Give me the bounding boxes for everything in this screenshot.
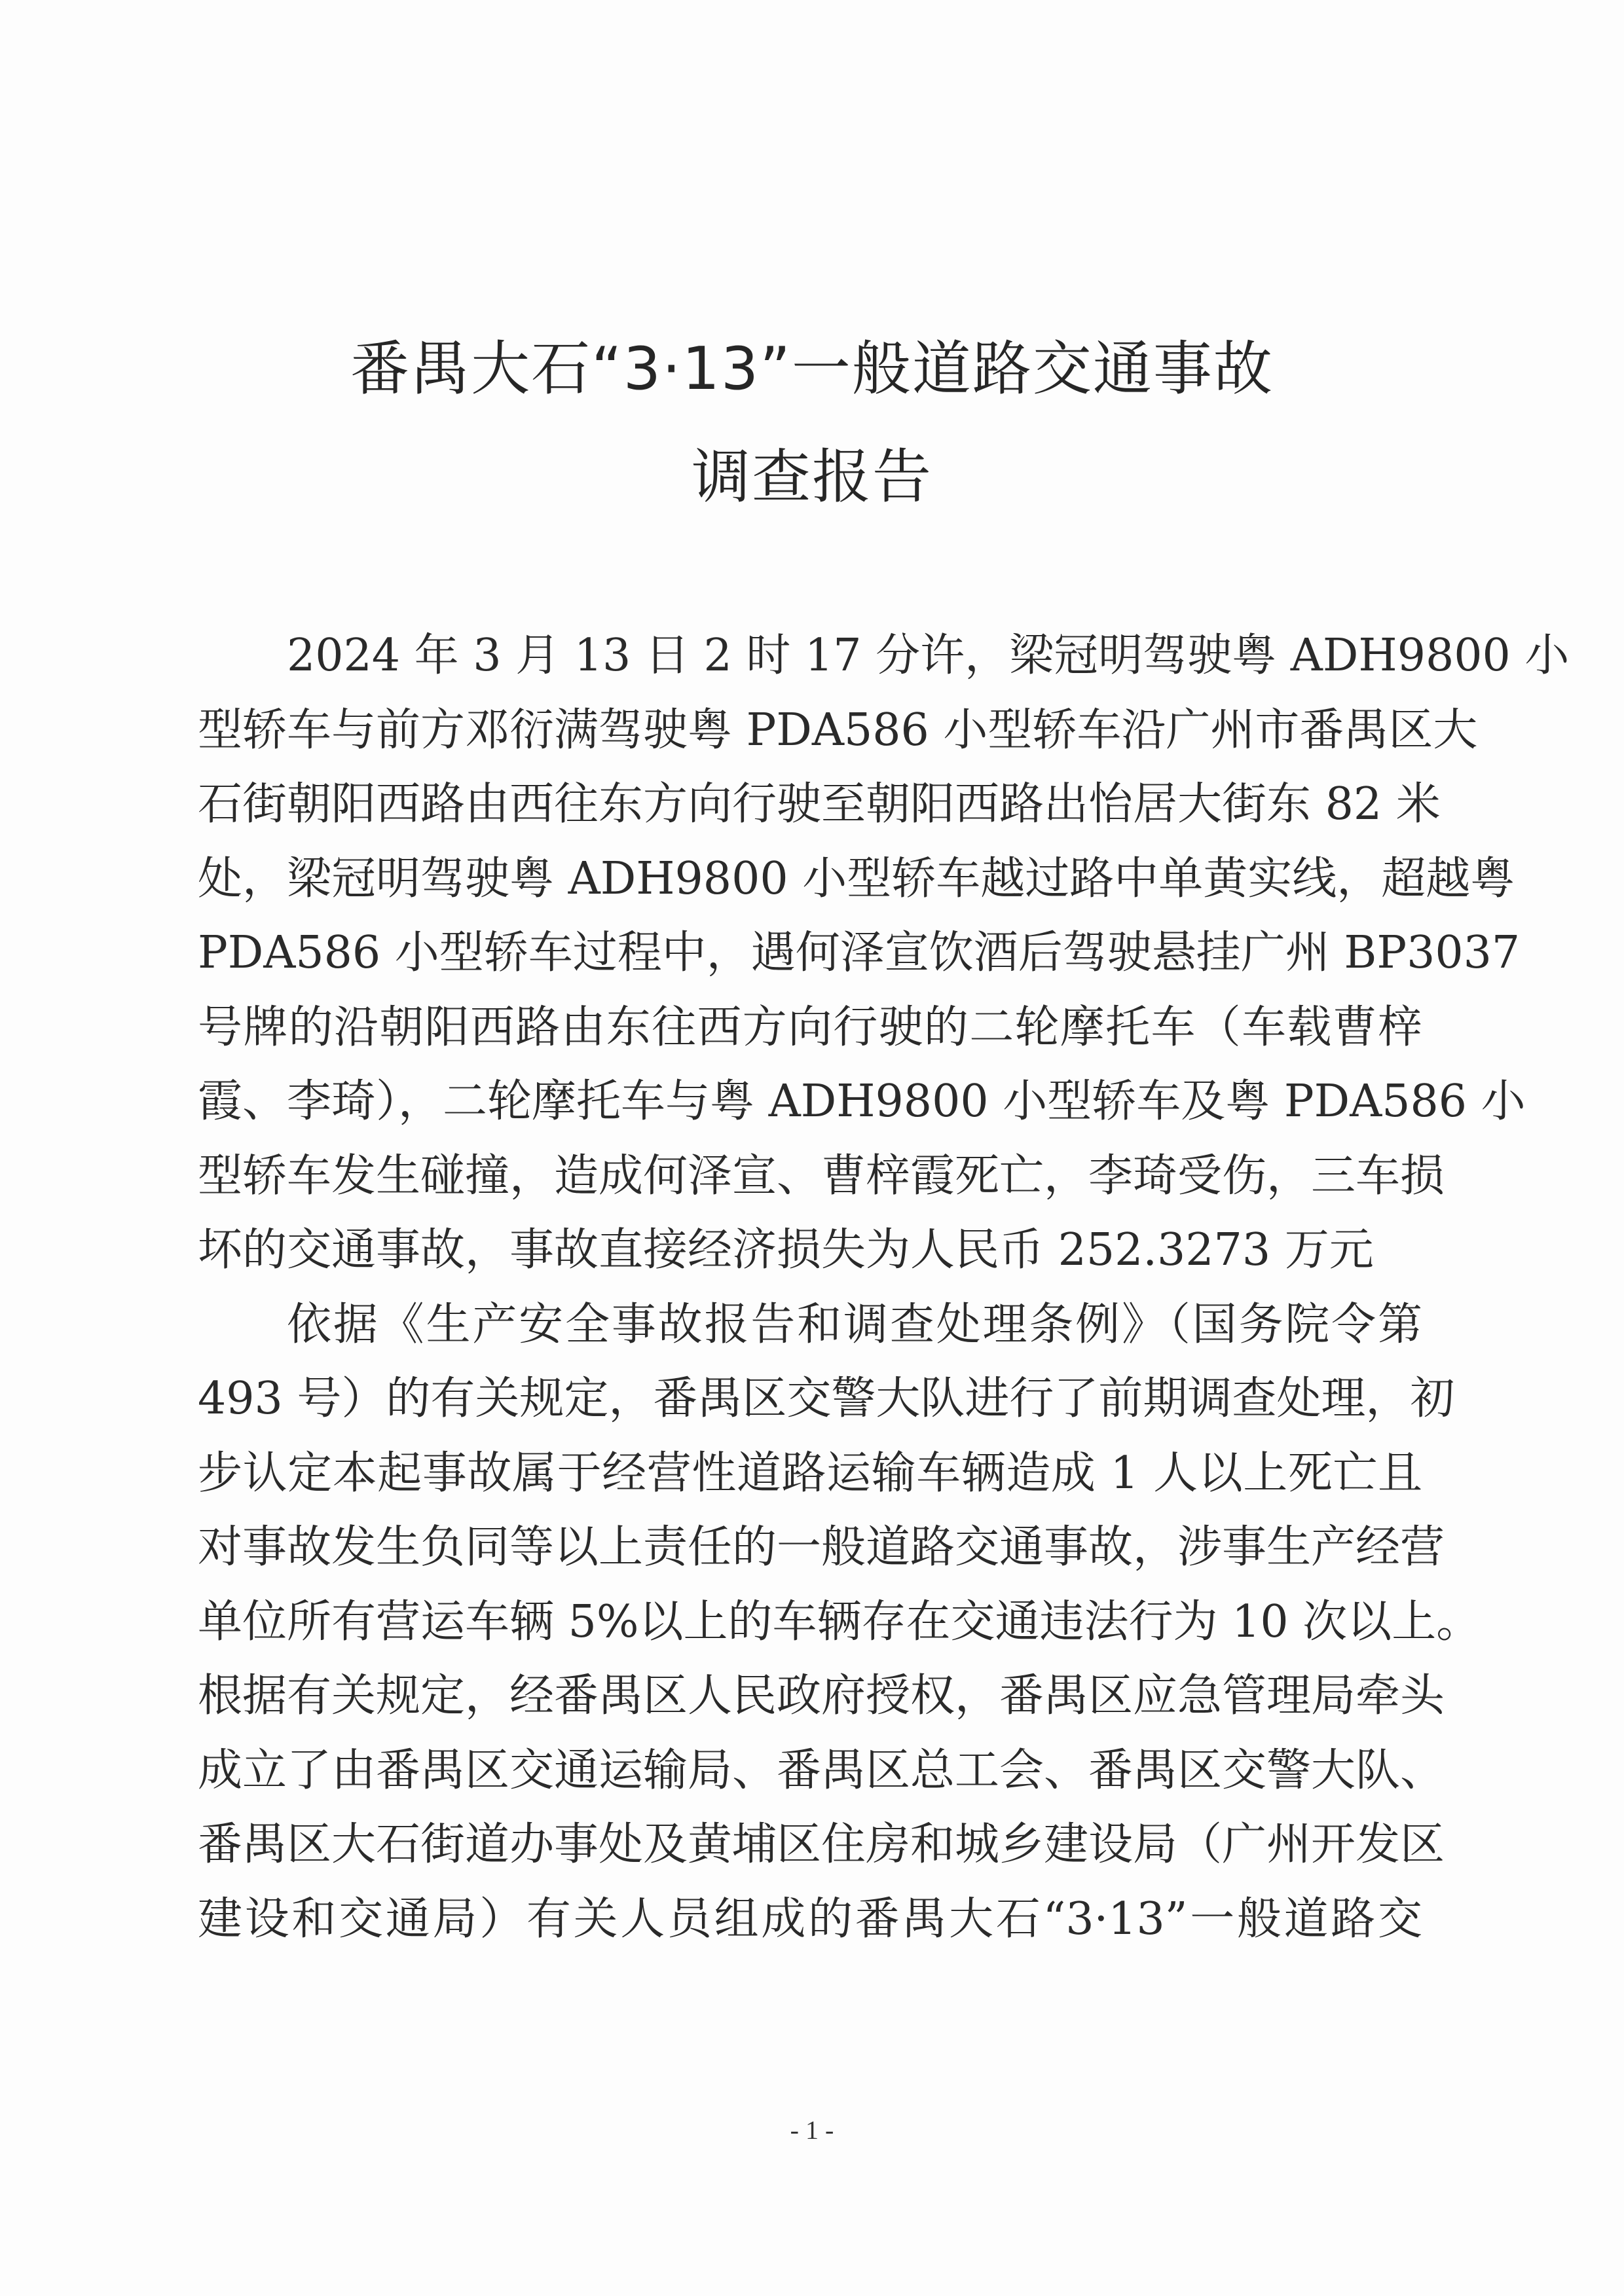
paragraph-1-line: 型轿车与前方邓衍满驾驶粤 PDA586 小型轿车沿广州市番禺区大: [198, 693, 1422, 768]
document-page: 番禺大石“3·13”一般道路交通事故 调查报告 2024 年 3 月 13 日 …: [0, 0, 1624, 2296]
paragraph-1-line: 号牌的沿朝阳西路由东往西方向行驶的二轮摩托车（车载曹梓: [198, 991, 1422, 1065]
paragraph-2-line: 493 号）的有关规定，番禺区交警大队进行了前期调查处理，初: [198, 1362, 1422, 1436]
paragraph-2-line: 步认定本起事故属于经营性道路运输车辆造成 1 人以上死亡且: [198, 1436, 1422, 1511]
paragraph-2-line: 根据有关规定，经番禺区人民政府授权，番禺区应急管理局牵头: [198, 1659, 1422, 1734]
paragraph-1-line: 坏的交通事故，事故直接经济损失为人民币 252.3273 万元: [198, 1213, 1422, 1288]
paragraph-2-line: 番禺区大石街道办事处及黄埔区住房和城乡建设局（广州开发区: [198, 1808, 1422, 1882]
paragraph-1-line: 2024 年 3 月 13 日 2 时 17 分许，梁冠明驾驶粤 ADH9800…: [198, 619, 1422, 693]
paragraph-1-line: 型轿车发生碰撞，造成何泽宣、曹梓霞死亡，李琦受伤，三车损: [198, 1139, 1422, 1214]
page-number: - 1 -: [0, 2115, 1624, 2145]
paragraph-2-line: 成立了由番禺区交通运输局、番禺区总工会、番禺区交警大队、: [198, 1734, 1422, 1808]
paragraph-1-line: PDA586 小型轿车过程中，遇何泽宣饮酒后驾驶悬挂广州 BP3037: [198, 916, 1422, 991]
paragraph-2-line: 依据《生产安全事故报告和调查处理条例》（国务院令第: [198, 1288, 1422, 1362]
paragraph-2-line: 建设和交通局）有关人员组成的番禺大石“3·13”一般道路交: [198, 1882, 1422, 1957]
paragraph-1-line: 处，梁冠明驾驶粤 ADH9800 小型轿车越过路中单黄实线，超越粤: [198, 842, 1422, 917]
report-subtitle: 调查报告: [0, 429, 1624, 514]
report-body: 2024 年 3 月 13 日 2 时 17 分许，梁冠明驾驶粤 ADH9800…: [198, 619, 1422, 1956]
paragraph-1-line: 石街朝阳西路由西往东方向行驶至朝阳西路出怡居大街东 82 米: [198, 767, 1422, 842]
paragraph-2-line: 单位所有营运车辆 5%以上的车辆存在交通违法行为 10 次以上。: [198, 1585, 1422, 1660]
paragraph-2-line: 对事故发生负同等以上责任的一般道路交通事故，涉事生产经营: [198, 1510, 1422, 1585]
paragraph-1-line: 霞、李琦），二轮摩托车与粤 ADH9800 小型轿车及粤 PDA586 小: [198, 1065, 1422, 1139]
report-title: 番禺大石“3·13”一般道路交通事故: [0, 321, 1624, 406]
